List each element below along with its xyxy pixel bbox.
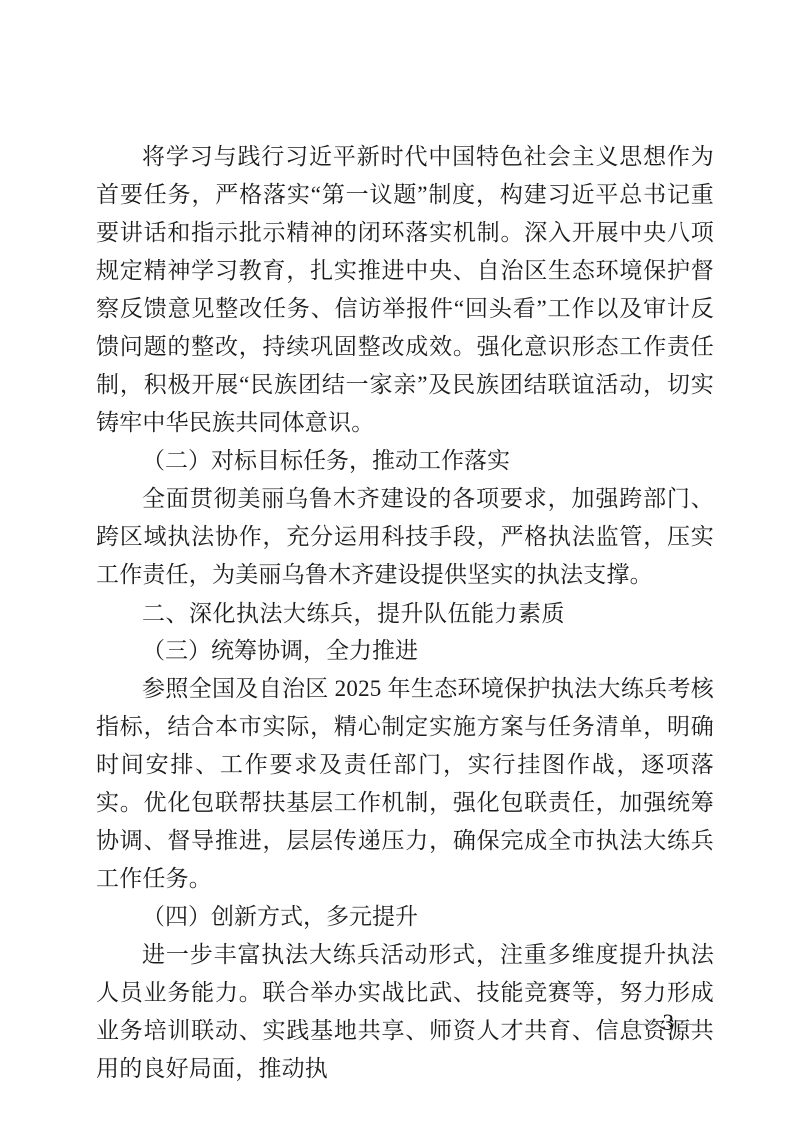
page-number-dash-right: — [680,1010,701,1035]
paragraph-beautiful-urumqi: 全面贯彻美丽乌鲁木齐建设的各项要求，加强跨部门、跨区域执法协作，充分运用科技手段… [96,480,714,594]
page-footer: —3— [636,1008,702,1038]
subsection-heading-4: （四）创新方式，多元提升 [96,898,714,936]
page-number-dash-left: — [636,1010,657,1035]
paragraph-study-implementation: 将学习与践行习近平新时代中国特色社会主义思想作为首要任务，严格落实“第一议题”制… [96,138,714,442]
subsection-heading-3: （三）统筹协调，全力推进 [96,632,714,670]
document-body: 将学习与践行习近平新时代中国特色社会主义思想作为首要任务，严格落实“第一议题”制… [96,138,714,1088]
subsection-heading-2: （二）对标目标任务，推动工作落实 [96,442,714,480]
page-number: 3 [657,1010,681,1035]
paragraph-drill-indicators: 参照全国及自治区 2025 年生态环境保护执法大练兵考核指标，结合本市实际，精心… [96,670,714,898]
document-page: 将学习与践行习近平新时代中国特色社会主义思想作为首要任务，严格落实“第一议题”制… [0,0,793,1122]
paragraph-enrich-activities: 进一步丰富执法大练兵活动形式，注重多维度提升执法人员业务能力。联合举办实战比武、… [96,936,714,1088]
section-heading-2: 二、深化执法大练兵，提升队伍能力素质 [96,594,714,632]
